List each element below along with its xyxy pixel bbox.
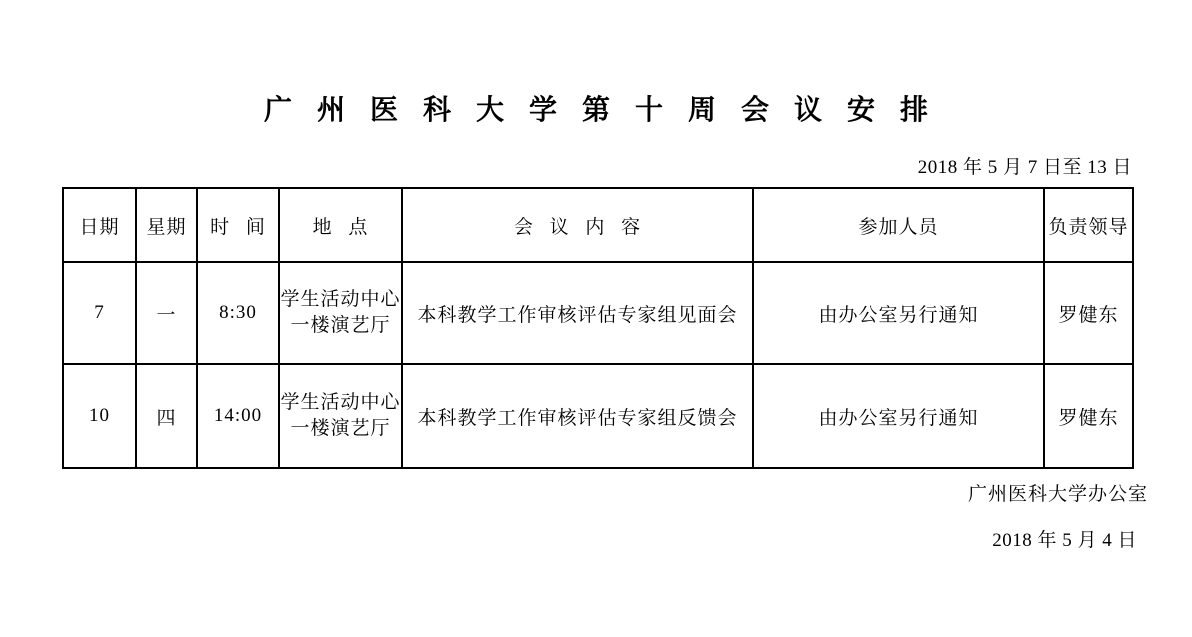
- footer-date: 2018 年 5 月 4 日: [992, 525, 1137, 552]
- location-line-1: 学生活动中心: [280, 287, 401, 313]
- meeting-schedule-table: 日期 星期 时 间 地 点 会 议 内 容 参加人员 负责领导 7 一 8:30…: [62, 187, 1134, 469]
- row-meeting-content: 本科教学工作审核评估专家组见面会: [402, 262, 753, 364]
- table-header-row: 日期 星期 时 间 地 点 会 议 内 容 参加人员 负责领导: [63, 188, 1133, 262]
- row-participants: 由办公室另行通知: [753, 364, 1044, 468]
- footer-organization: 广州医科大学办公室: [968, 479, 1148, 506]
- row-location: 学生活动中心 一楼演艺厅: [279, 262, 402, 364]
- row-time: 14:00: [197, 364, 279, 468]
- row-leader: 罗健东: [1044, 262, 1133, 364]
- row-participants: 由办公室另行通知: [753, 262, 1044, 364]
- row-weekday: 四: [136, 364, 197, 468]
- location-line-1: 学生活动中心: [280, 390, 401, 416]
- row-weekday: 一: [136, 262, 197, 364]
- document-page: 广 州 医 科 大 学 第 十 周 会 议 安 排 2018 年 5 月 7 日…: [0, 0, 1192, 637]
- row-location: 学生活动中心 一楼演艺厅: [279, 364, 402, 468]
- row-date: 7: [63, 262, 136, 364]
- header-cell-leader: 负责领导: [1044, 188, 1133, 262]
- header-cell-content: 会 议 内 容: [402, 188, 753, 262]
- row-meeting-content: 本科教学工作审核评估专家组反馈会: [402, 364, 753, 468]
- document-title: 广 州 医 科 大 学 第 十 周 会 议 安 排: [0, 88, 1192, 128]
- row-leader: 罗健东: [1044, 364, 1133, 468]
- table-row: 7 一 8:30 学生活动中心 一楼演艺厅 本科教学工作审核评估专家组见面会 由…: [63, 262, 1133, 364]
- header-cell-time: 时 间: [197, 188, 279, 262]
- row-date: 10: [63, 364, 136, 468]
- date-range-label: 2018 年 5 月 7 日至 13 日: [918, 152, 1132, 179]
- location-line-2: 一楼演艺厅: [280, 313, 401, 339]
- header-cell-location: 地 点: [279, 188, 402, 262]
- table-row: 10 四 14:00 学生活动中心 一楼演艺厅 本科教学工作审核评估专家组反馈会…: [63, 364, 1133, 468]
- header-cell-weekday: 星期: [136, 188, 197, 262]
- location-line-2: 一楼演艺厅: [280, 416, 401, 442]
- header-cell-participants: 参加人员: [753, 188, 1044, 262]
- header-cell-date: 日期: [63, 188, 136, 262]
- row-time: 8:30: [197, 262, 279, 364]
